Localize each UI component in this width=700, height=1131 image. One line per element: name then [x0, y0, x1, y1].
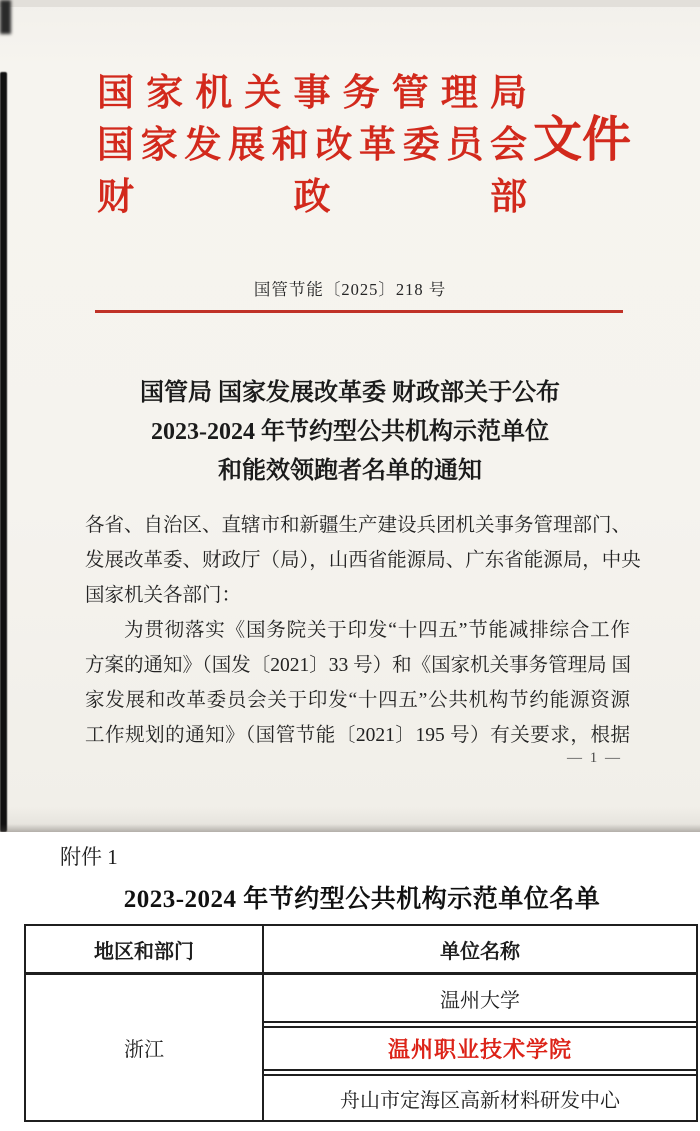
doc-type-label: 文件 — [533, 112, 631, 168]
agency-line-3: 财政部 — [97, 172, 527, 224]
body-line-3: 国家机关各部门： — [85, 578, 630, 613]
table-cell-region: 浙江 — [26, 975, 264, 1120]
scan-corner-artifact — [0, 0, 11, 34]
scan-bottom-shadow — [0, 824, 700, 832]
doc-number: 国管节能〔2025〕218 号 — [0, 276, 700, 300]
table-row-highlighted: 温州职业技术学院 — [264, 1026, 696, 1071]
scan-top-band — [0, 0, 700, 7]
document-body: 各省、自治区、直辖市和新疆生产建设兵团机关事务管理部门、 发展改革委、财政厅（局… — [85, 508, 630, 753]
page-number: — 1 — — [0, 750, 622, 767]
document-title-line-1: 国管局 国家发展改革委 财政部关于公布 — [35, 374, 665, 413]
agency-line-2: 国家发展和改革委员会 — [97, 120, 527, 172]
body-line-1: 各省、自治区、直辖市和新疆生产建设兵团机关事务管理部门、 — [85, 508, 630, 543]
letterhead: 国家机关事务管理局 国家发展和改革委员会 财政部 — [97, 68, 527, 224]
document-title-line-3: 和能效领跑者名单的通知 — [35, 452, 665, 491]
table-row: 温州大学 — [264, 975, 696, 1023]
body-line-4: 为贯彻落实《国务院关于印发“十四五”节能减排综合工作 — [85, 613, 630, 648]
scan-left-edge-artifact — [0, 72, 7, 832]
table-header-row: 地区和部门 单位名称 — [26, 926, 696, 975]
agency-line-1: 国家机关事务管理局 — [97, 68, 527, 120]
table-body: 浙江 温州大学 温州职业技术学院 舟山市定海区高新材料研发中心 — [26, 975, 696, 1120]
attachment-table-title: 2023-2024 年节约型公共机构示范单位名单 — [0, 879, 700, 915]
attachment-section: 附件 1 2023-2024 年节约型公共机构示范单位名单 地区和部门 单位名称… — [0, 832, 700, 1131]
table-units-column: 温州大学 温州职业技术学院 舟山市定海区高新材料研发中心 — [264, 975, 696, 1120]
demonstration-units-table: 地区和部门 单位名称 浙江 温州大学 温州职业技术学院 舟山市定海区高新材料研发… — [24, 924, 698, 1122]
body-line-7: 工作规划的通知》（国管节能〔2021〕195 号）有关要求，根据 — [85, 718, 630, 753]
scanned-page-1: 国家机关事务管理局 国家发展和改革委员会 财政部 文件 国管节能〔2025〕21… — [0, 0, 700, 832]
table-header-unit: 单位名称 — [264, 926, 696, 972]
document-title-line-2: 2023-2024 年节约型公共机构示范单位 — [35, 413, 665, 452]
body-line-5: 方案的通知》（国发〔2021〕33 号）和《国家机关事务管理局 国 — [85, 648, 630, 683]
body-line-6: 家发展和改革委员会关于印发“十四五”公共机构节约能源资源 — [85, 683, 630, 718]
document-title: 国管局 国家发展改革委 财政部关于公布 2023-2024 年节约型公共机构示范… — [35, 374, 665, 491]
table-row: 舟山市定海区高新材料研发中心 — [264, 1074, 696, 1120]
attachment-label: 附件 1 — [60, 841, 118, 871]
body-line-2: 发展改革委、财政厅（局），山西省能源局、广东省能源局，中央 — [85, 543, 630, 578]
table-header-region: 地区和部门 — [26, 926, 264, 972]
red-separator-line — [95, 310, 623, 313]
